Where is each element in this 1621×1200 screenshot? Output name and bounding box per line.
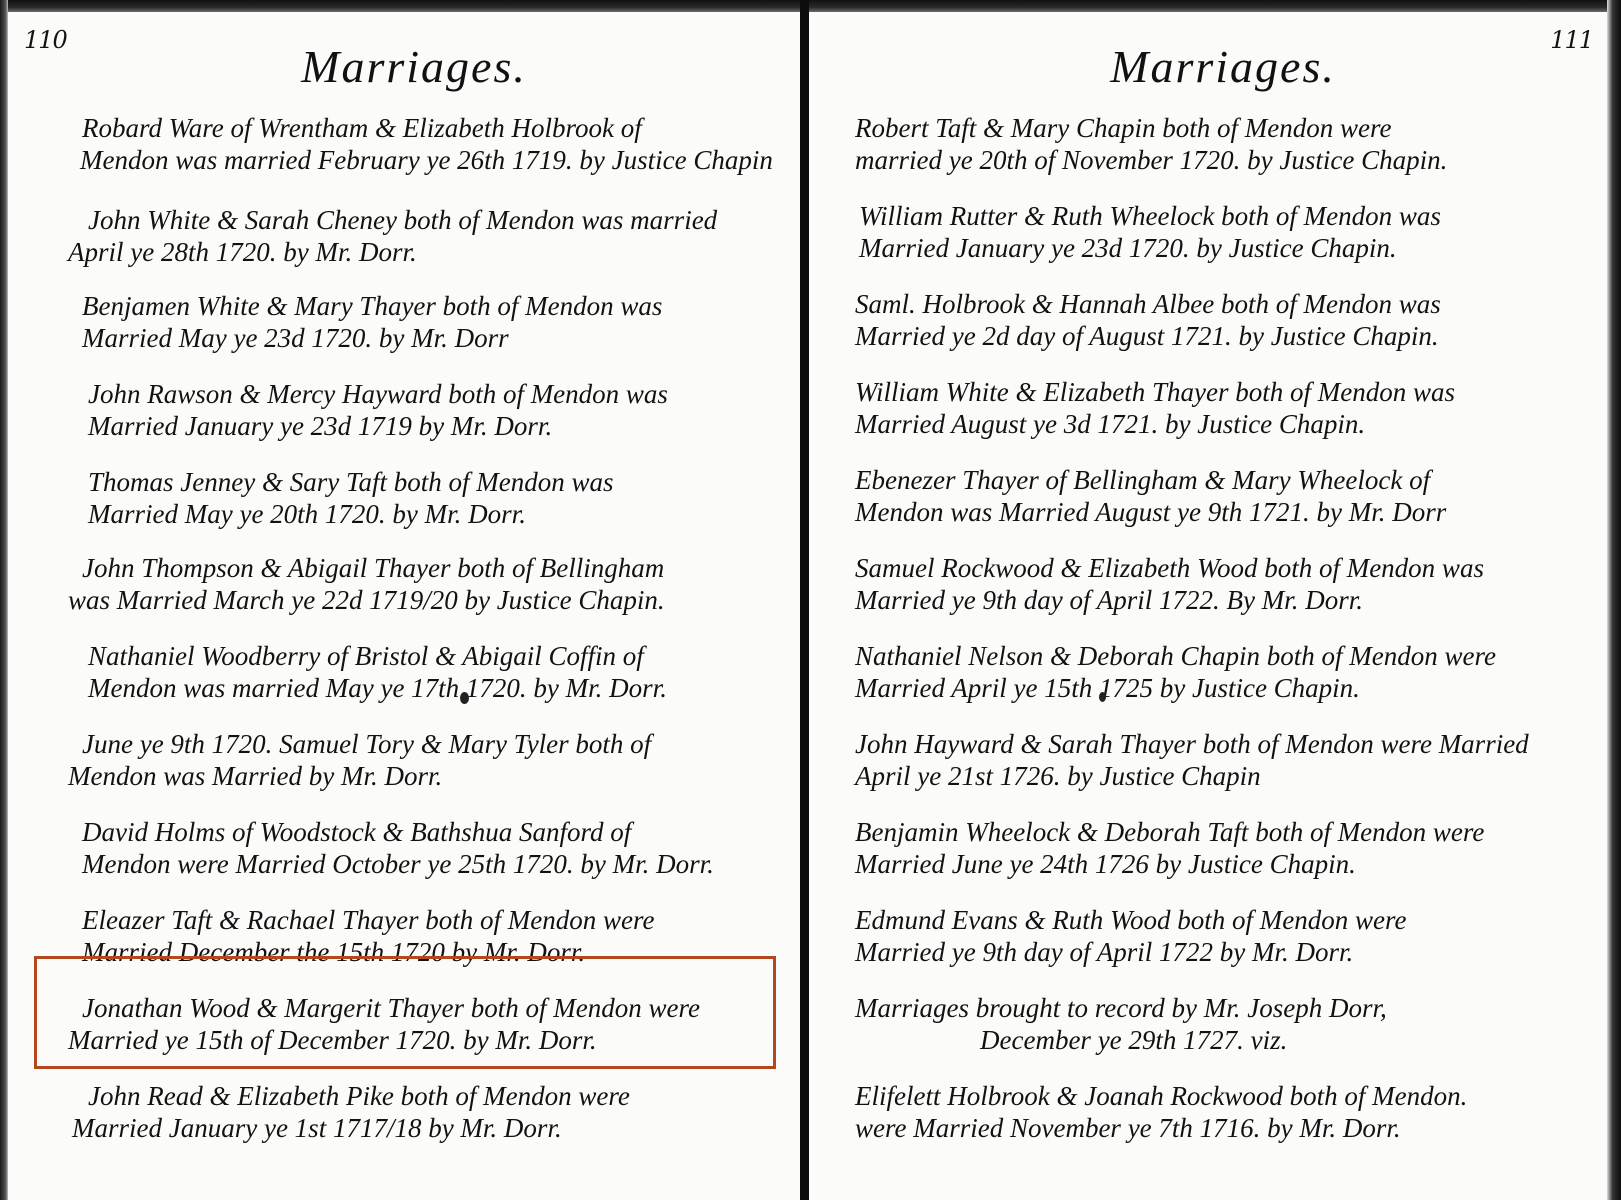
marriage-entry: John Hayward & Sarah Thayer both of Mend… bbox=[855, 728, 1529, 792]
note-line: Marriages brought to record by Mr. Josep… bbox=[855, 992, 1387, 1024]
entry-line: Mendon was married May ye 17th 1720. by … bbox=[88, 672, 667, 704]
marriage-entry: John White & Sarah Cheney both of Mendon… bbox=[88, 204, 717, 268]
ink-blot bbox=[1099, 692, 1106, 702]
entry-line: Married ye 15th of December 1720. by Mr.… bbox=[68, 1024, 700, 1056]
entry-line: Saml. Holbrook & Hannah Albee both of Me… bbox=[855, 288, 1441, 320]
ink-blot bbox=[460, 692, 469, 704]
entry-line: Married August ye 3d 1721. by Justice Ch… bbox=[855, 408, 1455, 440]
entry-line: Married May ye 20th 1720. by Mr. Dorr. bbox=[88, 498, 614, 530]
page-title: Marriages. bbox=[8, 40, 800, 93]
entry-line: William Rutter & Ruth Wheelock both of M… bbox=[859, 200, 1441, 232]
marriage-entry: John Rawson & Mercy Hayward both of Mend… bbox=[88, 378, 668, 442]
marriage-entry: Nathaniel Woodberry of Bristol & Abigail… bbox=[88, 640, 667, 704]
marriage-entry: June ye 9th 1720. Samuel Tory & Mary Tyl… bbox=[82, 728, 651, 792]
entry-line: April ye 28th 1720. by Mr. Dorr. bbox=[68, 236, 717, 268]
marriage-entry: Elifelett Holbrook & Joanah Rockwood bot… bbox=[855, 1080, 1467, 1144]
page-gutter-divider bbox=[800, 0, 809, 1200]
entry-line: June ye 9th 1720. Samuel Tory & Mary Tyl… bbox=[82, 728, 651, 760]
page-title: Marriages. bbox=[809, 40, 1607, 93]
marriage-entry: Robard Ware of Wrentham & Elizabeth Holb… bbox=[82, 112, 773, 176]
marriage-entry: Saml. Holbrook & Hannah Albee both of Me… bbox=[855, 288, 1441, 352]
entry-line: Nathaniel Woodberry of Bristol & Abigail… bbox=[88, 640, 667, 672]
marriage-entry: John Thompson & Abigail Thayer both of B… bbox=[82, 552, 665, 616]
entry-line: Married January ye 1st 1717/18 by Mr. Do… bbox=[72, 1112, 630, 1144]
entry-line: John White & Sarah Cheney both of Mendon… bbox=[88, 204, 717, 236]
right-page-edge bbox=[1607, 0, 1621, 1200]
entry-line: married ye 20th of November 1720. by Jus… bbox=[855, 144, 1447, 176]
entry-line: was Married March ye 22d 1719/20 by Just… bbox=[68, 584, 665, 616]
left-page-edge bbox=[0, 0, 8, 1200]
marriage-entry: David Holms of Woodstock & Bathshua Sanf… bbox=[82, 816, 714, 880]
marriage-entry: Ebenezer Thayer of Bellingham & Mary Whe… bbox=[855, 464, 1446, 528]
note-line: December ye 29th 1727. viz. bbox=[855, 1024, 1387, 1056]
marriage-entry: Benjamen White & Mary Thayer both of Men… bbox=[82, 290, 662, 354]
entry-line: Benjamin Wheelock & Deborah Taft both of… bbox=[855, 816, 1484, 848]
entry-line: Mendon were Married October ye 25th 1720… bbox=[82, 848, 714, 880]
entry-line: Robert Taft & Mary Chapin both of Mendon… bbox=[855, 112, 1447, 144]
entry-line: Married January ye 23d 1720. by Justice … bbox=[859, 232, 1441, 264]
entry-line: April ye 21st 1726. by Justice Chapin bbox=[855, 760, 1529, 792]
entry-line: Mendon was Married by Mr. Dorr. bbox=[68, 760, 651, 792]
top-binding-edge bbox=[0, 0, 1621, 12]
marriage-entry: Eleazer Taft & Rachael Thayer both of Me… bbox=[82, 904, 654, 968]
entry-line: John Rawson & Mercy Hayward both of Mend… bbox=[88, 378, 668, 410]
entry-line: John Hayward & Sarah Thayer both of Mend… bbox=[855, 728, 1529, 760]
ledger-spread: 110 Marriages. Robard Ware of Wrentham &… bbox=[0, 0, 1621, 1200]
entry-line: John Thompson & Abigail Thayer both of B… bbox=[82, 552, 665, 584]
entry-line: David Holms of Woodstock & Bathshua Sanf… bbox=[82, 816, 714, 848]
entry-line: Robard Ware of Wrentham & Elizabeth Holb… bbox=[82, 112, 773, 144]
entry-line: Ebenezer Thayer of Bellingham & Mary Whe… bbox=[855, 464, 1446, 496]
entry-line: were Married November ye 7th 1716. by Mr… bbox=[855, 1112, 1467, 1144]
marriage-entry: Thomas Jenney & Sary Taft both of Mendon… bbox=[88, 466, 614, 530]
marriage-entry: Edmund Evans & Ruth Wood both of Mendon … bbox=[855, 904, 1406, 968]
entry-line: Married April ye 15th 1725 by Justice Ch… bbox=[855, 672, 1496, 704]
entry-line: Nathaniel Nelson & Deborah Chapin both o… bbox=[855, 640, 1496, 672]
marriage-entry: Benjamin Wheelock & Deborah Taft both of… bbox=[855, 816, 1484, 880]
marriage-entry: John Read & Elizabeth Pike both of Mendo… bbox=[88, 1080, 630, 1144]
marriage-entry: Samuel Rockwood & Elizabeth Wood both of… bbox=[855, 552, 1484, 616]
marriage-entry: William White & Elizabeth Thayer both of… bbox=[855, 376, 1455, 440]
entry-line: Jonathan Wood & Margerit Thayer both of … bbox=[82, 992, 700, 1024]
entry-line: Married December the 15th 1720 by Mr. Do… bbox=[82, 936, 654, 968]
entry-line: Eleazer Taft & Rachael Thayer both of Me… bbox=[82, 904, 654, 936]
entry-line: Elifelett Holbrook & Joanah Rockwood bot… bbox=[855, 1080, 1467, 1112]
entry-line: Married June ye 24th 1726 by Justice Cha… bbox=[855, 848, 1484, 880]
entry-line: Mendon was Married August ye 9th 1721. b… bbox=[855, 496, 1446, 528]
marriage-entry: Robert Taft & Mary Chapin both of Mendon… bbox=[855, 112, 1447, 176]
entry-line: Benjamen White & Mary Thayer both of Men… bbox=[82, 290, 662, 322]
entry-line: Married January ye 23d 1719 by Mr. Dorr. bbox=[88, 410, 668, 442]
left-page: 110 Marriages. Robard Ware of Wrentham &… bbox=[8, 12, 800, 1200]
entry-line: Mendon was married February ye 26th 1719… bbox=[80, 144, 773, 176]
entry-line: William White & Elizabeth Thayer both of… bbox=[855, 376, 1455, 408]
entry-line: Thomas Jenney & Sary Taft both of Mendon… bbox=[88, 466, 614, 498]
record-note: Marriages brought to record by Mr. Josep… bbox=[855, 992, 1387, 1056]
entry-line: John Read & Elizabeth Pike both of Mendo… bbox=[88, 1080, 630, 1112]
right-page: 111 Marriages. Robert Taft & Mary Chapin… bbox=[809, 12, 1607, 1200]
entry-line: Married ye 9th day of April 1722 by Mr. … bbox=[855, 936, 1406, 968]
entry-line: Edmund Evans & Ruth Wood both of Mendon … bbox=[855, 904, 1406, 936]
entry-line: Married ye 2d day of August 1721. by Jus… bbox=[855, 320, 1441, 352]
entry-line: Married ye 9th day of April 1722. By Mr.… bbox=[855, 584, 1484, 616]
marriage-entry-highlighted: Jonathan Wood & Margerit Thayer both of … bbox=[82, 992, 700, 1056]
marriage-entry: Nathaniel Nelson & Deborah Chapin both o… bbox=[855, 640, 1496, 704]
entry-line: Samuel Rockwood & Elizabeth Wood both of… bbox=[855, 552, 1484, 584]
marriage-entry: William Rutter & Ruth Wheelock both of M… bbox=[859, 200, 1441, 264]
entry-line: Married May ye 23d 1720. by Mr. Dorr bbox=[82, 322, 662, 354]
